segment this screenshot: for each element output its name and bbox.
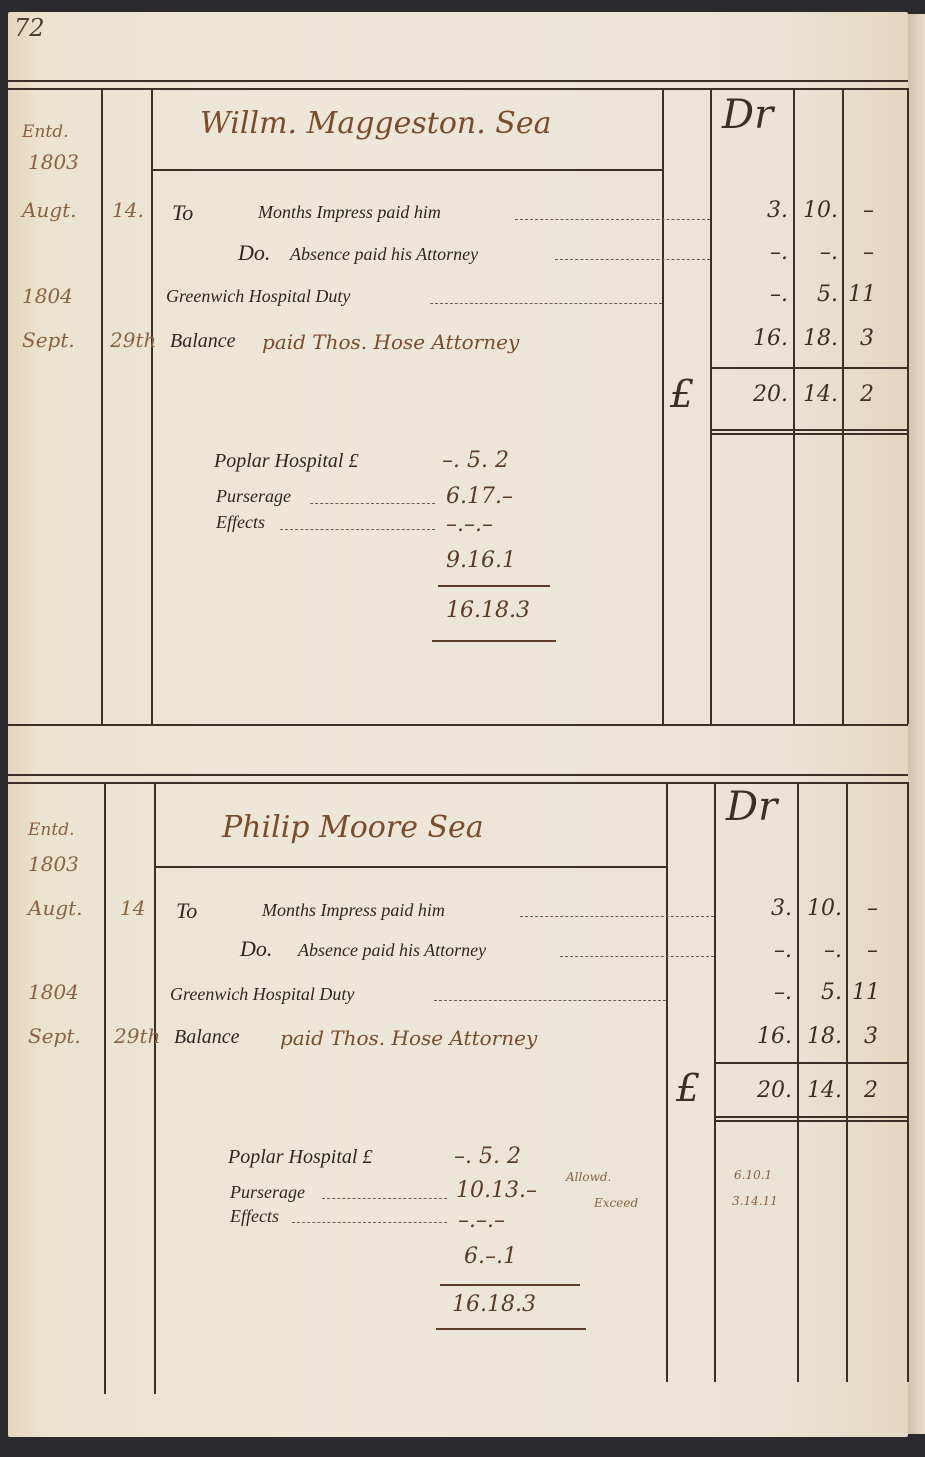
row-description: Months Impress paid him bbox=[258, 202, 441, 223]
subtotal-rule bbox=[438, 585, 550, 587]
total-top-rule bbox=[714, 1062, 907, 1064]
account-holder-name: Philip Moore Sea bbox=[222, 810, 484, 845]
breakdown-label: Poplar Hospital £ bbox=[228, 1146, 372, 1169]
total-shillings: 14. bbox=[802, 1078, 842, 1103]
breakdown-value: –.–.– bbox=[458, 1208, 505, 1233]
row-description: Greenwich Hospital Duty bbox=[166, 286, 350, 307]
breakdown-total: 16.18.3 bbox=[446, 598, 530, 623]
page-number: 72 bbox=[14, 14, 45, 42]
leader-dots bbox=[515, 219, 710, 220]
entered-label: Entd. bbox=[22, 122, 68, 142]
row-pence: – bbox=[852, 938, 878, 963]
top-rule bbox=[8, 774, 908, 776]
col-rule-desc-end bbox=[666, 782, 668, 1382]
row-shillings: 5. bbox=[802, 980, 842, 1005]
row-prefix: Do. bbox=[238, 240, 270, 266]
breakdown-label: Effects bbox=[230, 1206, 279, 1227]
debit-header: Dr bbox=[722, 92, 773, 138]
row-note: paid Thos. Hose Attorney bbox=[280, 1026, 537, 1050]
row-shillings: 10. bbox=[798, 198, 838, 223]
row-pence: 3 bbox=[852, 1024, 878, 1049]
row-note: paid Thos. Hose Attorney bbox=[262, 330, 519, 354]
top-rule-2 bbox=[8, 88, 908, 90]
row-pounds: –. bbox=[720, 282, 788, 307]
total-pence: 2 bbox=[852, 1078, 878, 1103]
row-shillings: 18. bbox=[802, 1024, 842, 1049]
entered-label: Entd. bbox=[28, 820, 74, 840]
side-note-label: Exceed bbox=[594, 1196, 638, 1210]
total-pounds: 20. bbox=[724, 1078, 792, 1103]
side-note-value: 6.10.1 bbox=[734, 1168, 772, 1182]
breakdown-subtotal: 6.–.1 bbox=[464, 1244, 517, 1269]
row-month: Sept. bbox=[22, 328, 75, 352]
row-pence: 11 bbox=[852, 980, 878, 1005]
breakdown-total: 16.18.3 bbox=[452, 1292, 536, 1317]
row-pence: 3 bbox=[848, 326, 874, 351]
col-rule-right bbox=[907, 782, 909, 1382]
row-pounds: –. bbox=[724, 980, 792, 1005]
breakdown-label: Effects bbox=[216, 512, 265, 533]
col-rule-pounds bbox=[714, 782, 716, 1382]
row-pounds: 16. bbox=[720, 326, 788, 351]
row-shillings: 10. bbox=[802, 896, 842, 921]
row-pounds: 16. bbox=[724, 1024, 792, 1049]
row-shillings: –. bbox=[802, 938, 842, 963]
total-rule bbox=[432, 640, 556, 642]
col-rule-desc-end bbox=[662, 88, 664, 724]
row-shillings: 18. bbox=[798, 326, 838, 351]
account-holder-name: Willm. Maggeston. Sea bbox=[200, 106, 551, 141]
total-shillings: 14. bbox=[798, 382, 838, 407]
col-rule-shillings bbox=[793, 88, 795, 724]
breakdown-value: 10.13.– bbox=[456, 1178, 537, 1203]
breakdown-value: –. 5. 2 bbox=[442, 448, 509, 473]
row-month: 1804 bbox=[22, 284, 73, 308]
row-description: Absence paid his Attorney bbox=[298, 940, 486, 961]
col-rule-pence bbox=[846, 782, 848, 1382]
row-description: Greenwich Hospital Duty bbox=[170, 984, 354, 1005]
breakdown-subtotal: 9.16.1 bbox=[446, 548, 516, 573]
row-pence: – bbox=[848, 198, 874, 223]
leader-dots bbox=[555, 259, 710, 260]
row-pounds: 3. bbox=[724, 896, 792, 921]
top-rule bbox=[8, 80, 908, 82]
adjacent-page-edge bbox=[908, 14, 925, 1434]
total-top-rule bbox=[710, 367, 907, 369]
subtotal-rule bbox=[440, 1284, 580, 1286]
row-description: Balance bbox=[174, 1026, 240, 1049]
total-bottom-rule-2 bbox=[714, 1120, 907, 1122]
row-pence: – bbox=[852, 896, 878, 921]
total-pounds: 20. bbox=[720, 382, 788, 407]
row-month: Sept. bbox=[28, 1024, 81, 1048]
col-rule-shillings bbox=[797, 782, 799, 1382]
row-pounds: 3. bbox=[720, 198, 788, 223]
row-description: Balance bbox=[170, 330, 236, 353]
breakdown-label: Purserage bbox=[216, 486, 291, 507]
leader-dots bbox=[322, 1198, 447, 1199]
row-shillings: 5. bbox=[798, 282, 838, 307]
total-bottom-rule-2 bbox=[710, 433, 907, 435]
col-rule-right bbox=[907, 88, 909, 724]
breakdown-value: –. 5. 2 bbox=[454, 1144, 521, 1169]
col-rule-date bbox=[101, 88, 103, 724]
row-pounds: –. bbox=[724, 938, 792, 963]
total-bottom-rule bbox=[710, 429, 907, 431]
col-rule-pounds bbox=[710, 88, 712, 724]
row-prefix: To bbox=[172, 200, 193, 226]
col-rule-day bbox=[151, 88, 153, 724]
row-shillings: –. bbox=[798, 240, 838, 265]
row-month: 1804 bbox=[28, 980, 79, 1004]
row-prefix: To bbox=[176, 898, 197, 924]
pound-symbol: £ bbox=[676, 1066, 700, 1110]
row-day: 14 bbox=[120, 896, 145, 920]
breakdown-label: Purserage bbox=[230, 1182, 305, 1203]
row-pounds: –. bbox=[720, 240, 788, 265]
leader-dots bbox=[520, 916, 714, 917]
leader-dots bbox=[310, 503, 435, 504]
leader-dots bbox=[430, 303, 662, 304]
breakdown-value: 6.17.– bbox=[446, 484, 513, 509]
row-day: 29th bbox=[114, 1024, 160, 1048]
row-description: Absence paid his Attorney bbox=[290, 244, 478, 265]
row-description: Months Impress paid him bbox=[262, 900, 445, 921]
row-day: 14. bbox=[112, 198, 144, 222]
leader-dots bbox=[280, 529, 435, 530]
pound-symbol: £ bbox=[670, 372, 694, 416]
col-rule-day bbox=[154, 782, 156, 1394]
row-month: Augt. bbox=[28, 896, 83, 920]
total-rule bbox=[436, 1328, 586, 1330]
debit-header: Dr bbox=[726, 784, 777, 830]
total-pence: 2 bbox=[848, 382, 874, 407]
row-month: Augt. bbox=[22, 198, 77, 222]
bottom-rule bbox=[8, 724, 908, 726]
col-rule-date bbox=[104, 782, 106, 1394]
row-pence: – bbox=[848, 240, 874, 265]
leader-dots bbox=[292, 1222, 447, 1223]
name-underline bbox=[151, 169, 662, 171]
entered-year: 1803 bbox=[28, 150, 79, 174]
breakdown-label: Poplar Hospital £ bbox=[214, 450, 358, 473]
col-rule-pence bbox=[842, 88, 844, 724]
entered-year: 1803 bbox=[28, 852, 79, 876]
side-note-label: Allowd. bbox=[566, 1170, 611, 1184]
row-day: 29th bbox=[110, 328, 156, 352]
side-note-value: 3.14.11 bbox=[732, 1194, 778, 1208]
leader-dots bbox=[560, 956, 714, 957]
total-bottom-rule bbox=[714, 1116, 907, 1118]
row-prefix: Do. bbox=[240, 936, 272, 962]
leader-dots bbox=[434, 1000, 666, 1001]
name-underline bbox=[154, 866, 666, 868]
breakdown-value: –.–.– bbox=[446, 512, 493, 537]
row-pence: 11 bbox=[848, 282, 874, 307]
